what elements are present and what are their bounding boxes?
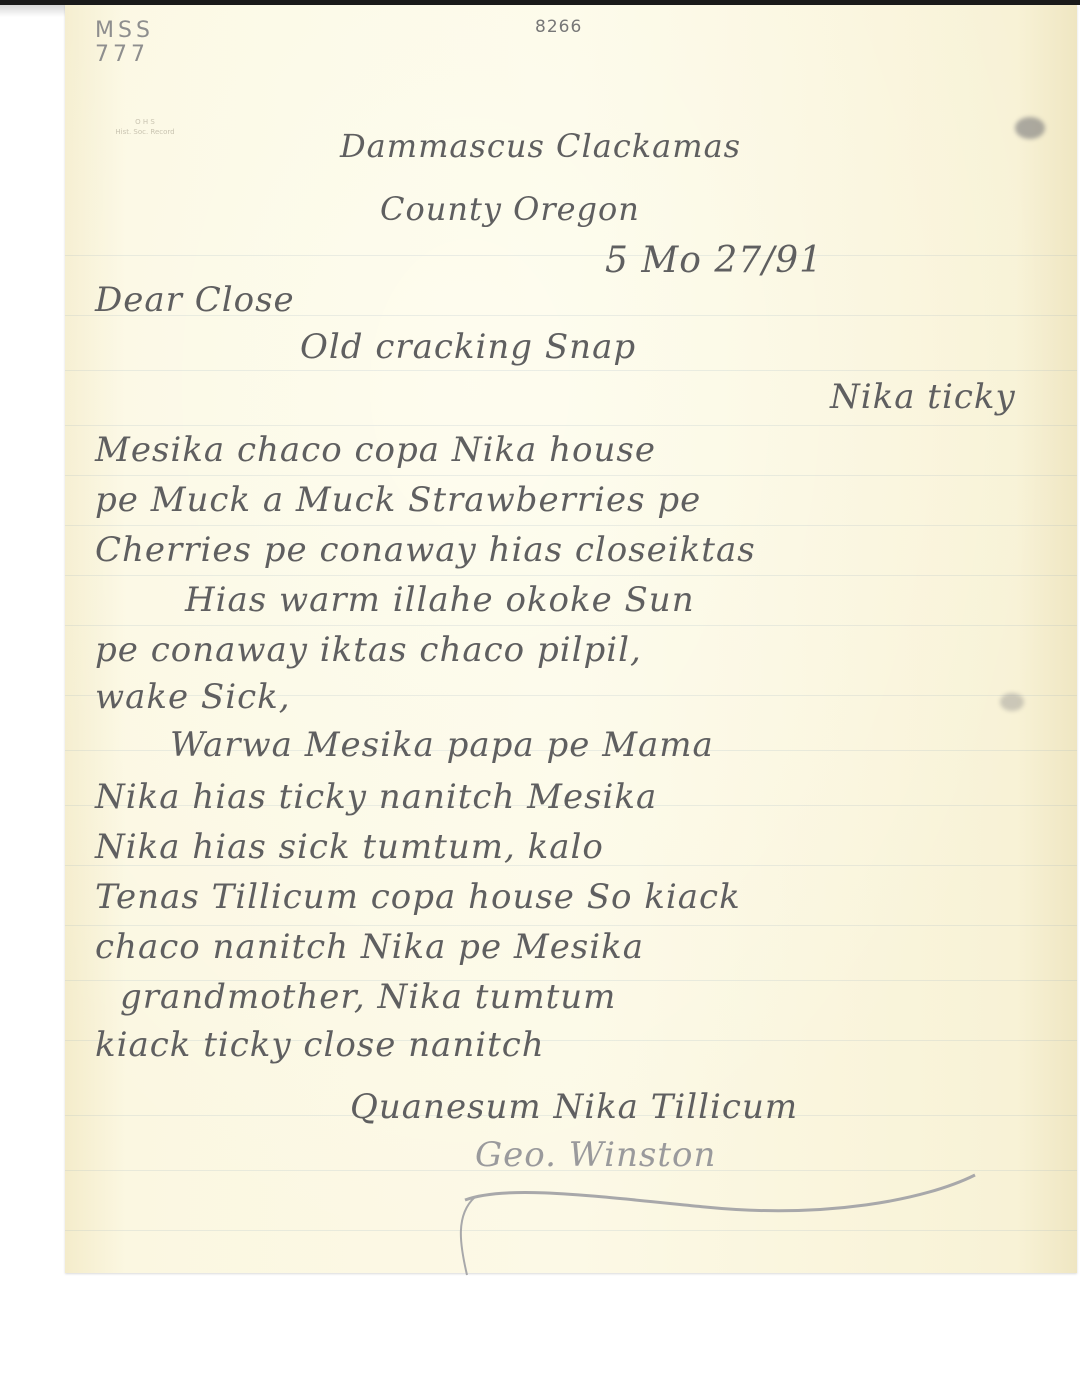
ruled-line: [65, 575, 1077, 576]
body-line: Cherries pe conaway hias closeiktas: [95, 530, 756, 570]
salutation-line1: Dear Close: [95, 280, 295, 320]
collection-mark: MSS 777: [95, 19, 154, 67]
collection-mark-line1: MSS: [95, 19, 154, 43]
place-line1: Dammascus Clackamas: [340, 127, 741, 165]
body-line: Hias warm illahe okoke Sun: [185, 580, 695, 620]
ink-smudge: [1015, 117, 1045, 139]
stamp-line2: Hist. Soc. Record: [105, 127, 185, 137]
body-line: kiack ticky close nanitch: [95, 1025, 545, 1065]
place-line2: County Oregon: [380, 190, 640, 228]
body-line: Nika hias ticky nanitch Mesika: [95, 777, 657, 817]
letter-date: 5 Mo 27/91: [605, 240, 823, 281]
ruled-line: [65, 425, 1077, 426]
valediction: Quanesum Nika Tillicum: [350, 1087, 798, 1127]
body-line: chaco nanitch Nika pe Mesika: [95, 927, 644, 967]
letter-page: MSS 777 8266 O H S Hist. Soc. Record Dam…: [65, 5, 1077, 1273]
body-line: wake Sick,: [95, 677, 291, 717]
ruled-line: [65, 625, 1077, 626]
signature-flourish-icon: [445, 1145, 1005, 1285]
ruled-line: [65, 255, 1077, 256]
collection-mark-line2: 777: [95, 43, 154, 67]
body-line: Nika ticky: [830, 377, 1016, 417]
ink-smudge: [1000, 693, 1024, 711]
body-line: grandmother, Nika tumtum: [120, 977, 616, 1017]
ruled-line: [65, 925, 1077, 926]
stamp-line1: O H S: [105, 117, 185, 127]
body-line: Warwa Mesika papa pe Mama: [170, 725, 714, 765]
item-number: 8266: [535, 17, 582, 37]
body-line: pe Muck a Muck Strawberries pe: [95, 480, 701, 520]
body-line: Nika hias sick tumtum, kalo: [95, 827, 604, 867]
salutation-line2: Old cracking Snap: [300, 327, 636, 367]
scan-shadow: [0, 5, 65, 17]
body-line: pe conaway iktas chaco pilpil,: [95, 630, 642, 670]
ruled-line: [65, 475, 1077, 476]
body-line: Mesika chaco copa Nika house: [95, 430, 656, 470]
body-line: Tenas Tillicum copa house So kiack: [95, 877, 741, 917]
ruled-line: [65, 525, 1077, 526]
ruled-line: [65, 370, 1077, 371]
archive-stamp: O H S Hist. Soc. Record: [105, 117, 185, 137]
